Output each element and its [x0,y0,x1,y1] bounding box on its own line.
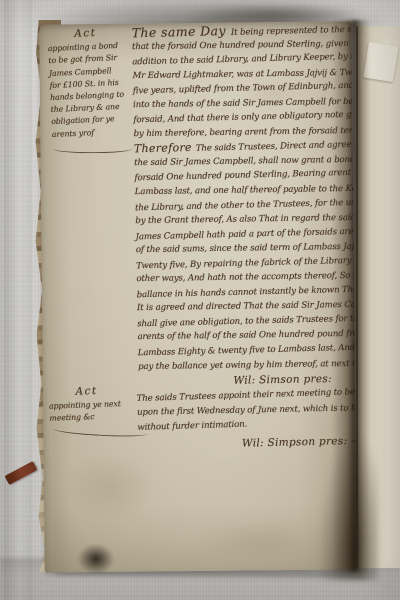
margin-heading: Act [75,384,136,398]
opening-phrase: The same Day [132,23,227,40]
margin-line: meeting &c [49,410,137,425]
underline-flourish [52,144,132,153]
paper-stain [62,451,158,524]
cloth-crease [4,0,32,600]
margin-note-act-2: Act appointing ye next meeting &c [48,384,138,438]
photo-of-open-manuscript-book: Act appointing a bond to be got from Sir… [0,0,400,600]
torn-corner-notch [78,544,114,574]
manuscript-line: pay the ballance yet owing by him thereo… [138,356,357,374]
body-text-1: The same DayIt being represented to the … [132,21,357,390]
margin-heading: Act [74,25,135,40]
emphasis-word: Therefore [134,141,192,155]
manuscript-page: Act appointing a bond to be got from Sir… [39,21,357,572]
underline-flourish [54,424,148,438]
gutter-shadow-bottom [318,430,378,580]
paper-stain [194,520,324,563]
margin-note-act-1: Act appointing a bond to be got from Sir… [47,25,141,155]
